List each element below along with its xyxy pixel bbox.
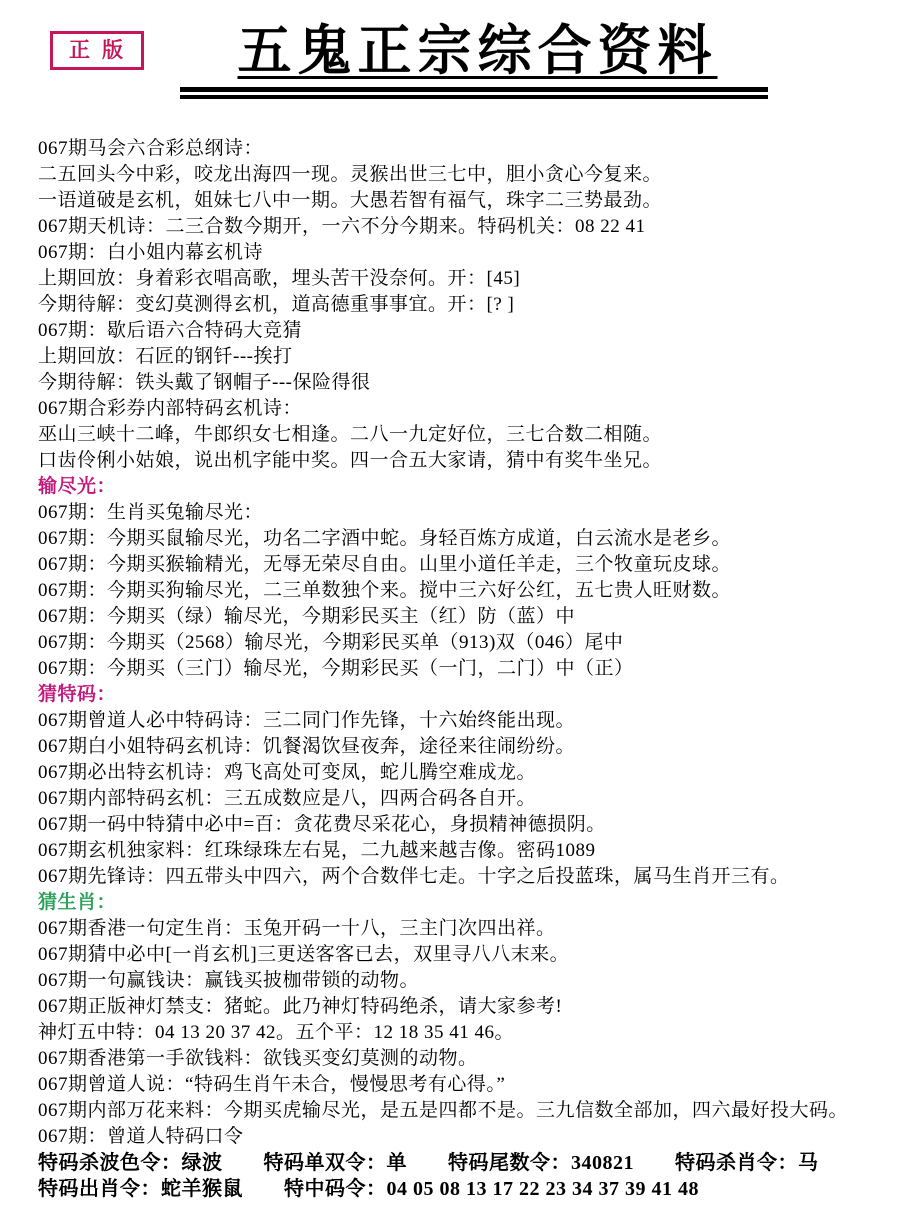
page-header: 正版 五鬼正宗综合资料: [0, 0, 900, 118]
text-line: 067期：歇后语六合特码大竞猜: [38, 318, 890, 344]
text-line: 猜特码：: [38, 682, 890, 708]
text-line: 067期：今期买鼠输尽光，功名二字酒中蛇。身轻百炼方成道，白云流水是老乡。: [38, 526, 890, 552]
authentic-badge: 正版: [50, 31, 144, 70]
text-line: 067期：今期买（2568）输尽光，今期彩民买单（913)双（046）尾中: [38, 630, 890, 656]
text-line: 二五回头今中彩，咬龙出海四一现。灵猴出世三七中，胆小贪心今复来。: [38, 162, 890, 188]
text-line: 今期待解：铁头戴了钢帽子---保险得很: [38, 370, 890, 396]
text-line: 067期：生肖买兔输尽光：: [38, 500, 890, 526]
text-line: 上期回放：身着彩衣唱高歌，埋头苦干没奈何。开：[45]: [38, 266, 890, 292]
text-line: 067期香港一句定生肖：玉兔开码一十八，三主门次四出祥。: [38, 916, 890, 942]
text-line: 特码杀波色令：绿波 特码单双令：单 特码尾数令：340821 特码杀肖令：马: [38, 1150, 890, 1176]
text-line: 067期一句赢钱诀：赢钱买披枷带锁的动物。: [38, 968, 890, 994]
text-line: 067期：今期买猴输精光，无辱无荣尽自由。山里小道任羊走，三个牧童玩皮球。: [38, 552, 890, 578]
text-line: 067期香港第一手欲钱料：欲钱买变幻莫测的动物。: [38, 1046, 890, 1072]
text-line: 输尽光：: [38, 474, 890, 500]
lottery-tip-sheet: 正版 五鬼正宗综合资料 067期马会六合彩总纲诗：二五回头今中彩，咬龙出海四一现…: [0, 0, 900, 1224]
text-line: 067期曾道人必中特码诗：三二同门作先锋，十六始终能出现。: [38, 708, 890, 734]
text-line: 067期：今期买（绿）输尽光，今期彩民买主（红）防（蓝）中: [38, 604, 890, 630]
content-lines: 067期马会六合彩总纲诗：二五回头今中彩，咬龙出海四一现。灵猴出世三七中，胆小贪…: [38, 136, 890, 1202]
text-line: 神灯五中特：04 13 20 37 42。五个平：12 18 35 41 46。: [38, 1020, 890, 1046]
text-line: 067期：今期买狗输尽光，二三单数独个来。搅中三六好公红，五七贵人旺财数。: [38, 578, 890, 604]
text-line: 067期：曾道人特码口令: [38, 1124, 890, 1150]
text-line: 巫山三峡十二峰，牛郎织女七相逢。二八一九定好位，三七合数二相随。: [38, 422, 890, 448]
text-line: 067期内部万花来料：今期买虎输尽光，是五是四都不是。三九信数全部加，四六最好投…: [38, 1098, 890, 1124]
text-line: 067期必出特玄机诗：鸡飞高处可变凤，蛇儿腾空难成龙。: [38, 760, 890, 786]
text-line: 067期猜中必中[一肖玄机]三更送客客已去，双里寻八八末来。: [38, 942, 890, 968]
text-line: 067期天机诗：二三合数今期开，一六不分今期来。特码机关：08 22 41: [38, 214, 890, 240]
text-line: 067期一码中特猜中必中=百：贪花费尽采花心，身损精神德损阴。: [38, 812, 890, 838]
text-line: 067期白小姐特码玄机诗：饥餐渴饮昼夜奔，途径来往闹纷纷。: [38, 734, 890, 760]
text-line: 067期内部特码玄机：三五成数应是八，四两合码各自开。: [38, 786, 890, 812]
text-line: 今期待解：变幻莫测得玄机，道高德重事事宜。开：[? ]: [38, 292, 890, 318]
text-line: 067期曾道人说：“特码生肖午未合，慢慢思考有心得。”: [38, 1072, 890, 1098]
text-line: 067期：白小姐内幕玄机诗: [38, 240, 890, 266]
title-double-rule: [180, 87, 768, 99]
text-line: 067期正版神灯禁支：猪蛇。此乃神灯特码绝杀，请大家参考!: [38, 994, 890, 1020]
text-line: 特码出肖令：蛇羊猴鼠 特中码令：04 05 08 13 17 22 23 34 …: [38, 1176, 890, 1202]
text-line: 067期玄机独家料：红珠绿珠左右晃，二九越来越吉像。密码1089: [38, 838, 890, 864]
text-line: 上期回放：石匠的钢钎---挨打: [38, 344, 890, 370]
text-line: 067期先锋诗：四五带头中四六，两个合数伴七走。十字之后投蓝珠，属马生肖开三有。: [38, 864, 890, 890]
text-line: 口齿伶俐小姑娘，说出机字能中奖。四一合五大家请，猜中有奖牛坐兄。: [38, 448, 890, 474]
text-line: 猜生肖：: [38, 890, 890, 916]
text-line: 067期合彩券内部特码玄机诗：: [38, 396, 890, 422]
text-line: 067期马会六合彩总纲诗：: [38, 136, 890, 162]
text-line: 一语道破是玄机，姐妹七八中一期。大愚若智有福气，珠字二三势最劲。: [38, 188, 890, 214]
text-line: 067期：今期买（三门）输尽光，今期彩民买（一门，二门）中（正）: [38, 656, 890, 682]
